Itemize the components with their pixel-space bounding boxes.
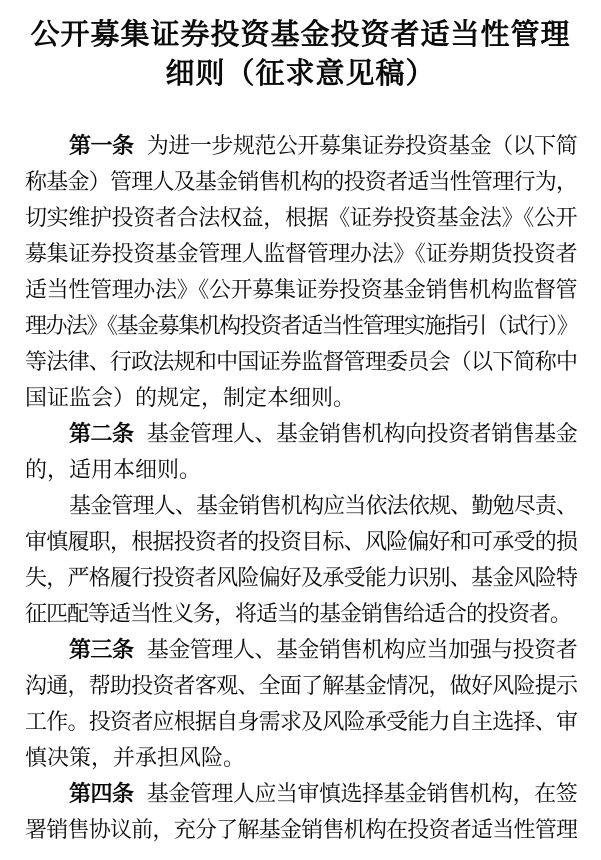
line-text: 国证监会）的规定，制定本细则。 (25, 385, 355, 410)
text-line: 募集证券投资基金管理人监督管理办法》《证券期货投资者 (25, 236, 577, 272)
line-text: 审慎履职，根据投资者的投资目标、风险偏好和可承受的损 (25, 529, 577, 554)
title-line-1: 公开募集证券投资基金投资者适当性管理 (18, 16, 583, 55)
line-text: 基金管理人应当审慎选择基金销售机构，在签 (147, 781, 577, 806)
document-title: 公开募集证券投资基金投资者适当性管理 细则（征求意见稿） (18, 16, 583, 94)
article-label: 第二条 (69, 421, 134, 446)
text-line: 第四条基金管理人应当审慎选择基金销售机构，在签 (25, 776, 577, 812)
line-text: 理办法》《基金募集机构投资者适当性管理实施指引（试行）》 (25, 313, 577, 338)
line-text: 切实维护投资者合法权益，根据《证券投资基金法》《公开 (25, 205, 577, 230)
text-line: 慎决策，并承担风险。 (25, 740, 577, 776)
line-text: 为进一步规范公开募集证券投资基金（以下简 (147, 133, 577, 158)
text-line: 切实维护投资者合法权益，根据《证券投资基金法》《公开 (25, 200, 577, 236)
line-text: 失，严格履行投资者风险偏好及承受能力识别、基金风险特 (25, 565, 577, 590)
text-line: 失，严格履行投资者风险偏好及承受能力识别、基金风险特 (25, 560, 577, 596)
paragraph: 第四条基金管理人应当审慎选择基金销售机构，在签署销售协议前，充分了解基金销售机构… (25, 776, 577, 848)
paragraphs: 第一条为进一步规范公开募集证券投资基金（以下简称基金）管理人及基金销售机构的投资… (25, 128, 577, 848)
article-label: 第一条 (69, 133, 134, 158)
paragraph: 第三条基金管理人、基金销售机构应当加强与投资者沟通，帮助投资者客观、全面了解基金… (25, 632, 577, 776)
text-line: 理办法》《基金募集机构投资者适当性管理实施指引（试行）》 (25, 308, 577, 344)
line-text: 的，适用本细则。 (25, 457, 201, 482)
article-label: 第四条 (69, 781, 134, 806)
line-text: 工作。投资者应根据自身需求及风险承受能力自主选择、审 (25, 709, 577, 734)
line-text: 等法律、行政法规和中国证券监督管理委员会（以下简称中 (25, 349, 577, 374)
text-line: 沟通，帮助投资者客观、全面了解基金情况，做好风险提示 (25, 668, 577, 704)
document-page: 公开募集证券投资基金投资者适当性管理 细则（征求意见稿） 第一条为进一步规范公开… (0, 0, 601, 860)
line-text: 适当性管理办法》《公开募集证券投资基金销售机构监督管 (25, 277, 577, 302)
line-text: 慎决策，并承担风险。 (25, 745, 245, 770)
text-line: 适当性管理办法》《公开募集证券投资基金销售机构监督管 (25, 272, 577, 308)
article-label: 第三条 (69, 637, 134, 662)
title-line-2: 细则（征求意见稿） (18, 55, 583, 94)
line-text: 募集证券投资基金管理人监督管理办法》《证券期货投资者 (25, 241, 577, 266)
line-text: 基金管理人、基金销售机构应当加强与投资者 (147, 637, 577, 662)
text-line: 第二条基金管理人、基金销售机构向投资者销售基金 (25, 416, 577, 452)
text-line: 等法律、行政法规和中国证券监督管理委员会（以下简称中 (25, 344, 577, 380)
line-text: 沟通，帮助投资者客观、全面了解基金情况，做好风险提示 (25, 673, 577, 698)
paragraph: 第一条为进一步规范公开募集证券投资基金（以下简称基金）管理人及基金销售机构的投资… (25, 128, 577, 416)
line-text: 称基金）管理人及基金销售机构的投资者适当性管理行为， (25, 169, 577, 194)
text-line: 国证监会）的规定，制定本细则。 (25, 380, 577, 416)
paragraph: 基金管理人、基金销售机构应当依法依规、勤勉尽责、审慎履职，根据投资者的投资目标、… (25, 488, 577, 632)
text-line: 审慎履职，根据投资者的投资目标、风险偏好和可承受的损 (25, 524, 577, 560)
line-text: 基金管理人、基金销售机构应当依法依规、勤勉尽责、 (69, 493, 577, 518)
text-line: 征匹配等适当性义务，将适当的基金销售给适合的投资者。 (25, 596, 577, 632)
text-line: 称基金）管理人及基金销售机构的投资者适当性管理行为， (25, 164, 577, 200)
text-line: 第三条基金管理人、基金销售机构应当加强与投资者 (25, 632, 577, 668)
text-line: 署销售协议前，充分了解基金销售机构在投资者适当性管理 (25, 812, 577, 848)
line-text: 署销售协议前，充分了解基金销售机构在投资者适当性管理 (25, 817, 577, 842)
line-text: 基金管理人、基金销售机构向投资者销售基金 (147, 421, 577, 446)
line-text: 征匹配等适当性义务，将适当的基金销售给适合的投资者。 (25, 601, 571, 626)
text-line: 基金管理人、基金销售机构应当依法依规、勤勉尽责、 (25, 488, 577, 524)
text-line: 工作。投资者应根据自身需求及风险承受能力自主选择、审 (25, 704, 577, 740)
paragraph: 第二条基金管理人、基金销售机构向投资者销售基金的，适用本细则。 (25, 416, 577, 488)
text-line: 的，适用本细则。 (25, 452, 577, 488)
text-line: 第一条为进一步规范公开募集证券投资基金（以下简 (25, 128, 577, 164)
